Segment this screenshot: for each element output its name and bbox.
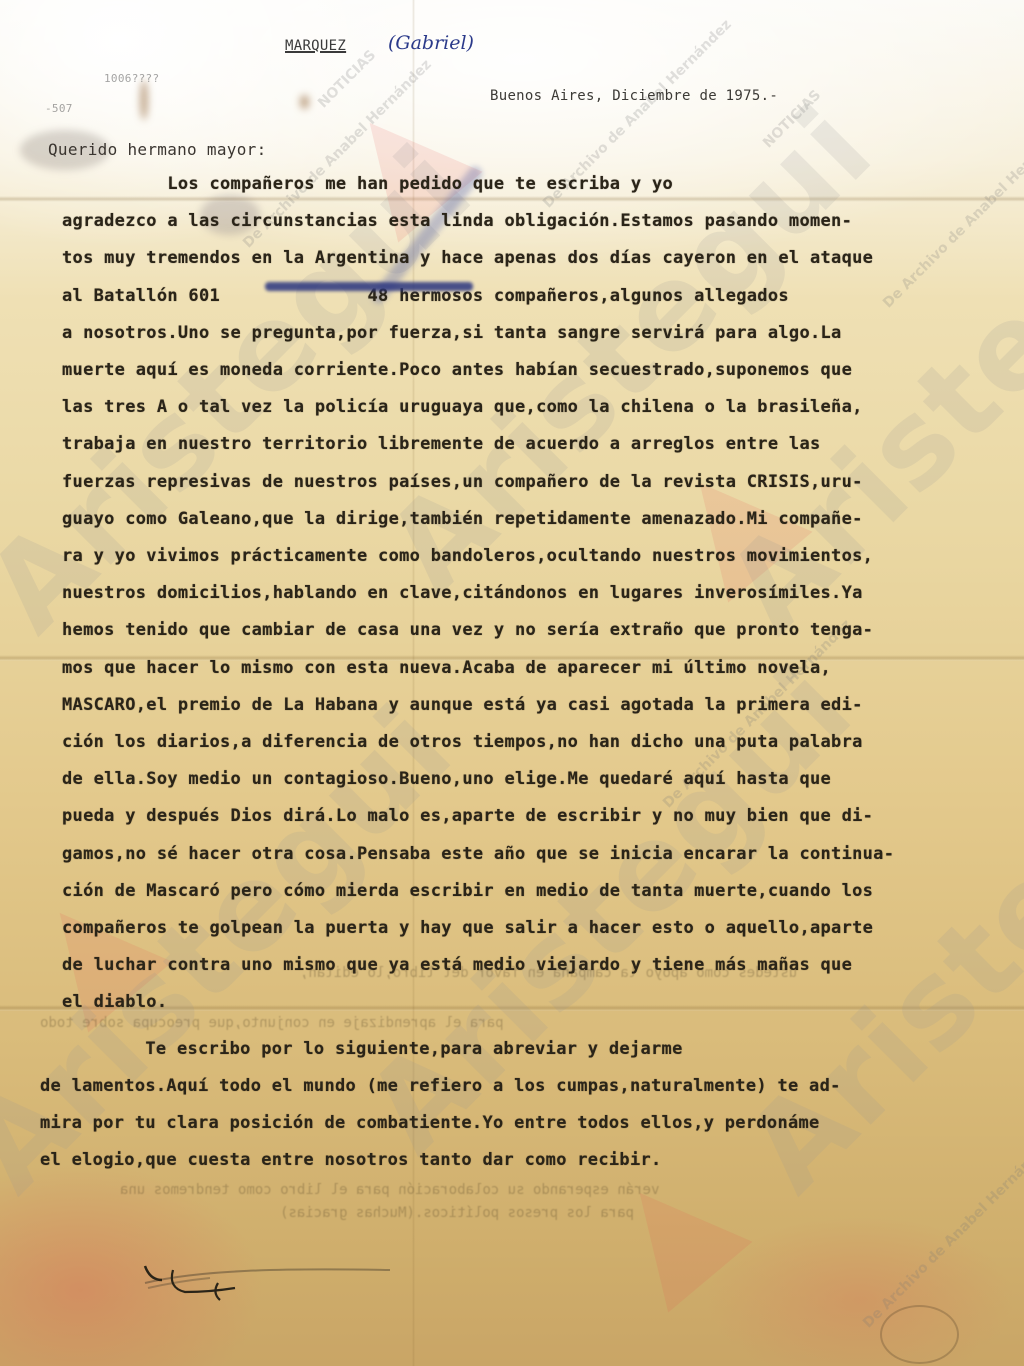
letter-line: mira por tu clara posición de combatient… xyxy=(40,1113,820,1133)
letter-line: fuerzas represivas de nuestros países,un… xyxy=(62,472,863,492)
bleed-through-line: para el aprendizaje en conjunto,que preo… xyxy=(40,1015,504,1031)
letter-line: Te escribo por lo siguiente,para abrevia… xyxy=(40,1039,683,1059)
letter-line: el diablo. xyxy=(62,992,167,1012)
letter-line: ra y yo vivimos prácticamente como bando… xyxy=(62,546,873,566)
letter-line: agradezco a las circunstancias esta lind… xyxy=(62,211,852,231)
addressee-surname: MARQUEZ xyxy=(285,38,346,54)
paper-stain xyxy=(300,95,309,109)
handwritten-annotation: (Gabriel) xyxy=(388,32,474,54)
letter-line: compañeros te golpean la puerta y hay qu… xyxy=(62,918,873,938)
letter-line: guayo como Galeano,que la dirige,también… xyxy=(62,509,863,529)
letter-line: pueda y después Dios dirá.Lo malo es,apa… xyxy=(62,806,873,826)
letter-line: las tres A o tal vez la policía uruguaya… xyxy=(62,397,863,417)
paper-fold-line xyxy=(0,196,1024,202)
letter-line: MASCARO,el premio de La Habana y aunque … xyxy=(62,695,863,715)
letter-line: el elogio,que cuesta entre nosotros tant… xyxy=(40,1150,662,1170)
reference-number: -507 xyxy=(45,102,73,115)
place-date-line: Buenos Aires, Diciembre de 1975.- xyxy=(490,88,778,104)
letter-line: tos muy tremendos en la Argentina y hace… xyxy=(62,248,873,268)
letter-line: trabaja en nuestro territorio libremente… xyxy=(62,434,821,454)
reference-number: 1006???? xyxy=(104,72,159,85)
bleed-through-line: ustedes como apoyo la campaña en favor d… xyxy=(300,965,797,981)
letter-line: de ella.Soy medio un contagioso.Bueno,un… xyxy=(62,769,831,789)
letter-line: gamos,no sé hacer otra cosa.Pensaba este… xyxy=(62,844,894,864)
ink-stamp xyxy=(880,1305,959,1364)
bleed-through-line: verán esperando su colaboración para el … xyxy=(120,1182,659,1198)
salutation: Querido hermano mayor: xyxy=(48,140,267,159)
letter-line: de lamentos.Aquí todo el mundo (me refie… xyxy=(40,1076,841,1096)
letter-line: hemos tenido que cambiar de casa una vez… xyxy=(62,620,873,640)
letter-line: ción los diarios,a diferencia de otros t… xyxy=(62,732,863,752)
letter-line: a nosotros.Uno se pregunta,por fuerza,si… xyxy=(62,323,842,343)
bleed-through-line: para los presos políticos.(Muchas gracia… xyxy=(280,1205,634,1221)
letter-line: mos que hacer lo mismo con esta nueva.Ac… xyxy=(62,658,831,678)
letter-line: muerte aquí es moneda corriente.Poco ant… xyxy=(62,360,852,380)
signature-scribble xyxy=(140,1258,400,1318)
paper-stain xyxy=(140,80,148,120)
redaction-mark xyxy=(265,282,473,291)
letter-line: Los compañeros me han pedido que te escr… xyxy=(62,174,673,194)
letter-line: nuestros domicilios,hablando en clave,ci… xyxy=(62,583,863,603)
letter-line: ción de Mascaró pero cómo mierda escribi… xyxy=(62,881,873,901)
